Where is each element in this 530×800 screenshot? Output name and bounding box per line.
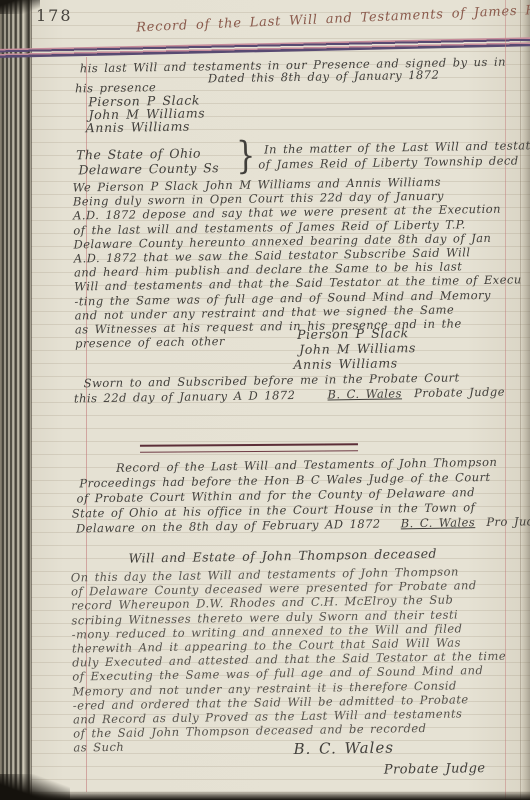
- witness-signature: Annis Williams: [293, 355, 397, 372]
- judge-title: Probate Judge: [414, 385, 505, 400]
- handwriting-layer: Record of the Last Will and Testaments o…: [0, 0, 530, 800]
- binding-corner-bottom-left: [0, 774, 70, 800]
- manuscript-line: presence of each other: [75, 334, 225, 350]
- caption-matter-line: of James Reid of Liberty Township decd: [258, 153, 519, 171]
- judge-title: Probate Judge: [384, 761, 486, 778]
- witness-signature: John M Williams: [299, 340, 416, 357]
- jurat-date: this 22d day of January A D 1872: [74, 388, 296, 405]
- judge-title: Pro Judge: [486, 514, 530, 529]
- attestation-date-line: Dated this 8th day of January 1872: [208, 68, 440, 86]
- order-body: On this day the last Will and testaments…: [71, 560, 508, 751]
- witness-signature: Pierson P Slack: [297, 325, 409, 342]
- ledger-page-scan: 178 Record of the Last Will and Testamen…: [0, 0, 530, 800]
- page-bottom-edge: [0, 791, 530, 800]
- record-header-title: Record of the Last Will and Testaments o…: [136, 0, 530, 35]
- witness-signature: Annis Williams: [86, 119, 190, 136]
- judge-signature: B. C. Wales: [327, 386, 402, 401]
- judge-signature: B. C. Wales: [293, 738, 394, 758]
- caption-brace: }: [236, 134, 256, 178]
- binding-corner-top-left: [0, 0, 40, 14]
- affidavit-body: We Pierson P Slack John M Williams and A…: [72, 169, 522, 346]
- manuscript-line: as Such: [73, 740, 124, 755]
- judge-signature: B. C. Wales: [401, 515, 476, 530]
